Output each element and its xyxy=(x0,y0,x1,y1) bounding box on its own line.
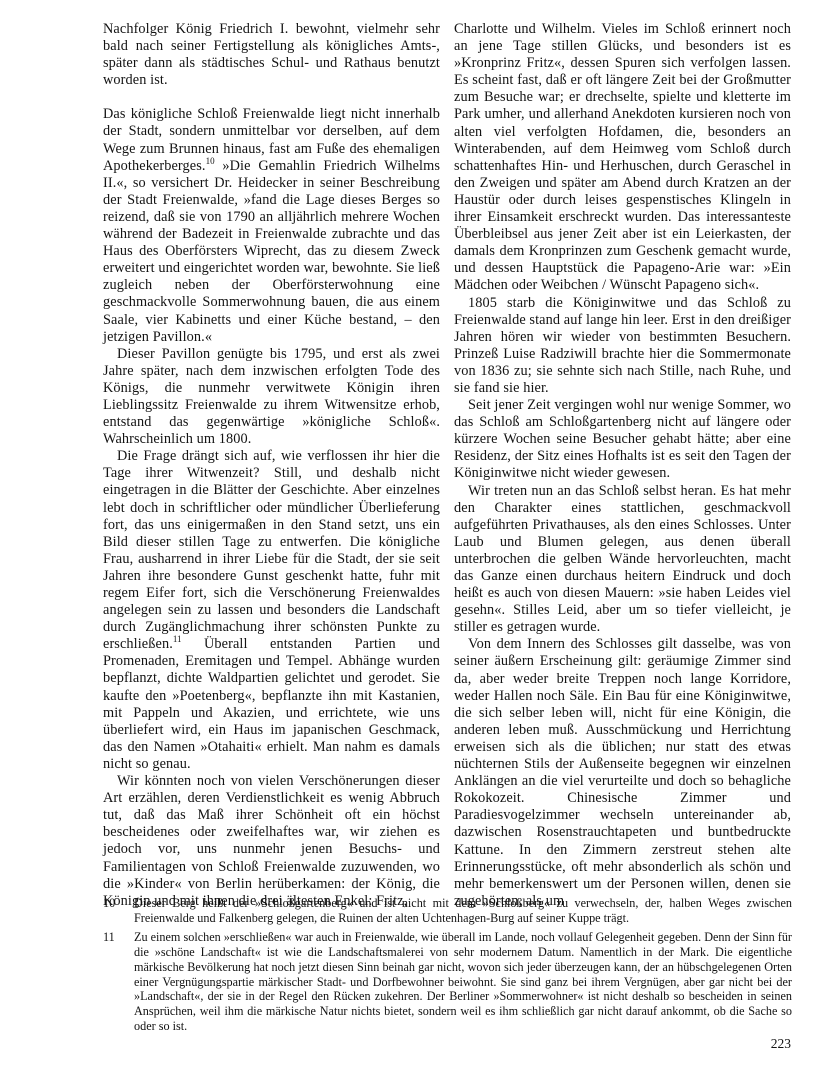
footnote-number: 11 xyxy=(103,930,134,945)
left-column: Nachfolger König Friedrich I. bewohnt, v… xyxy=(103,21,440,910)
paragraph: Von dem Innern des Schlosses gilt dassel… xyxy=(454,636,791,910)
footnote-ref: 10 xyxy=(206,156,215,166)
footnote: 10Dieser Berg heißt der »Schloßgartenber… xyxy=(103,896,792,925)
paragraph: Das königliche Schloß Freienwalde liegt … xyxy=(103,106,440,345)
footnotes-section: 10Dieser Berg heißt der »Schloßgartenber… xyxy=(103,896,792,1033)
footnote-ref: 11 xyxy=(173,635,182,645)
paragraph: Seit jener Zeit vergingen wohl nur wenig… xyxy=(454,397,791,482)
paragraph: Charlotte und Wilhelm. Vieles im Schloß … xyxy=(454,21,791,295)
footnote-text: Dieser Berg heißt der »Schloßgartenberg«… xyxy=(134,896,792,925)
paragraph: Wir treten nun an das Schloß selbst hera… xyxy=(454,483,791,637)
paragraph: Wir könnten noch von vielen Verschönerun… xyxy=(103,773,440,910)
text-columns: Nachfolger König Friedrich I. bewohnt, v… xyxy=(103,21,791,910)
footnote-text: Zu einem solchen »erschließen« war auch … xyxy=(134,930,792,1033)
paragraph: Nachfolger König Friedrich I. bewohnt, v… xyxy=(103,21,440,89)
paragraph: Die Frage drängt sich auf, wie verflosse… xyxy=(103,448,440,773)
paragraph: Dieser Pavillon genügte bis 1795, und er… xyxy=(103,346,440,449)
page-number: 223 xyxy=(771,1036,791,1052)
footnote: 11Zu einem solchen »erschließen« war auc… xyxy=(103,930,792,1033)
right-column: Charlotte und Wilhelm. Vieles im Schloß … xyxy=(454,21,791,910)
footnote-number: 10 xyxy=(103,896,134,911)
paragraph: 1805 starb die Königinwitwe und das Schl… xyxy=(454,295,791,398)
book-page: Nachfolger König Friedrich I. bewohnt, v… xyxy=(0,0,819,1065)
